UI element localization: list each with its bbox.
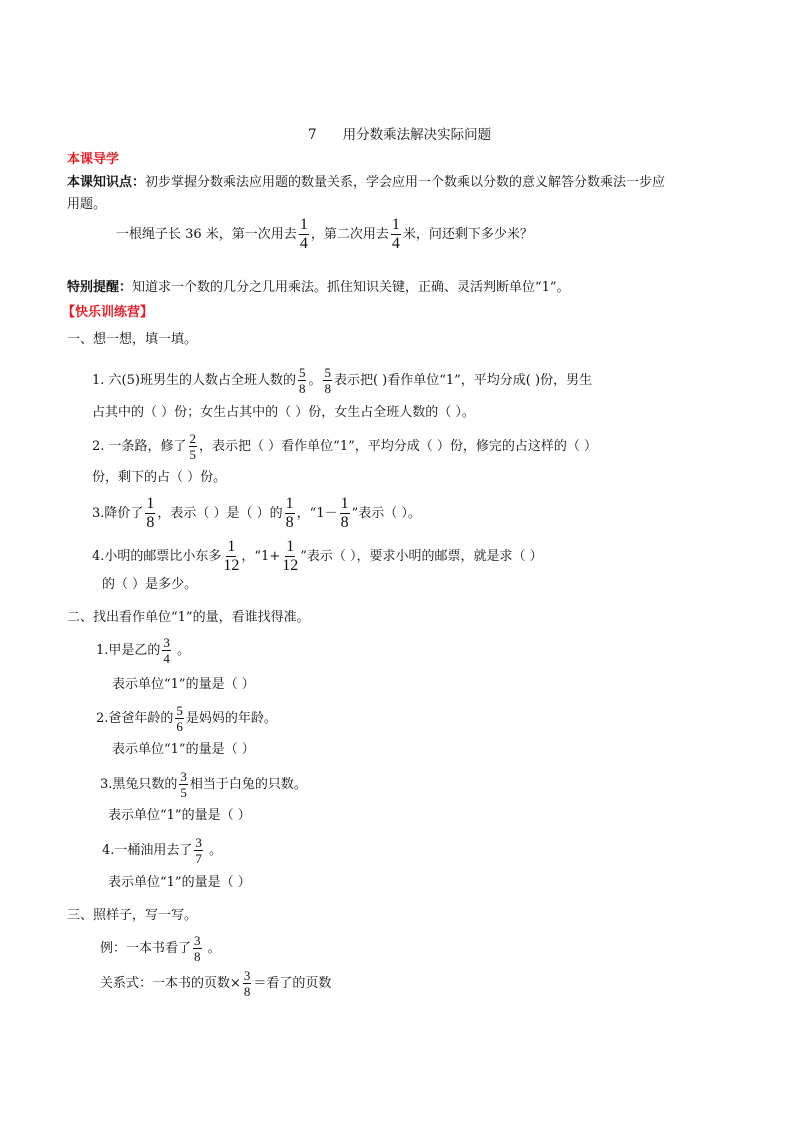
fraction: 58: [323, 366, 332, 395]
reminder-label: 特别提醒：: [67, 280, 132, 295]
reminder-text: 知道求一个数的几分之几用乘法。抓住知识关键，正确、灵活判断单位“1”。: [132, 280, 570, 295]
section3-heading: 三、照样子，写一写。: [67, 909, 197, 922]
fraction: 14: [299, 217, 309, 252]
item-3: 3.黑兔只数的35相当于白兔的只数。: [100, 770, 307, 799]
example-problem: 一根绳子长 36 米，第一次用去14，第二次用去14米，问还剩下多少米？: [116, 217, 533, 252]
lesson-title: 用分数乘法解决实际问题: [343, 127, 492, 143]
item-4: 4.一桶油用去了37 。: [102, 836, 222, 865]
fraction: 18: [145, 496, 155, 531]
section1-heading: 一、想一想，填一填。: [67, 333, 197, 346]
guide-heading: 本课导学: [67, 153, 119, 166]
fraction: 14: [391, 217, 401, 252]
knowledge-label: 本课知识点：: [67, 175, 145, 190]
fraction: 38: [193, 934, 202, 963]
question-3: 3.降价了18，表示（ ）是（ ）的18，“1－18”表示（ ）。: [92, 496, 421, 531]
fraction: 112: [223, 539, 239, 574]
fraction: 18: [285, 496, 295, 531]
fraction: 38: [243, 969, 252, 998]
relation-line: 关系式：一本书的页数×38＝看了的页数: [100, 969, 331, 998]
knowledge-text: 初步掌握分数乘法应用题的数量关系，学会应用一个数乘以分数的意义解答分数乘法一步应: [145, 175, 665, 190]
question-2: 2. 一条路，修了25，表示把（ ）看作单位“1”，平均分成（ ）份，修完的占这…: [92, 432, 597, 461]
item-1: 1.甲是乙的34 。: [96, 636, 190, 665]
fraction: 56: [175, 704, 184, 733]
fraction: 58: [298, 366, 307, 395]
knowledge-text-cont: 用题。: [67, 198, 106, 211]
fraction: 25: [189, 432, 198, 461]
page-title: 7用分数乘法解决实际问题: [308, 129, 491, 143]
fraction: 37: [194, 836, 203, 865]
camp-heading: 【快乐训练营】: [62, 306, 153, 319]
question-1: 1. 六(5)班男生的人数占全班人数的58。58表示把( )看作单位“1”，平均…: [92, 366, 592, 395]
item-3-answer: 表示单位“1”的量是（ ）: [108, 809, 251, 822]
item-2: 2.爸爸年龄的56是妈妈的年龄。: [96, 704, 277, 733]
knowledge-point: 本课知识点：初步掌握分数乘法应用题的数量关系，学会应用一个数乘以分数的意义解答分…: [67, 176, 665, 189]
fraction: 34: [162, 636, 171, 665]
fraction: 18: [340, 496, 350, 531]
example-line: 例：一本书看了38 。: [100, 934, 221, 963]
fraction: 112: [282, 539, 298, 574]
section2-heading: 二、找出看作单位“1”的量，看谁找得准。: [67, 611, 310, 624]
item-1-answer: 表示单位“1”的量是（ ）: [112, 678, 255, 691]
question-4-line2: 的（ ）是多少。: [102, 578, 197, 591]
question-4: 4.小明的邮票比小东多112，“1+112”表示（ ），要求小明的邮票，就是求（…: [92, 539, 543, 574]
item-2-answer: 表示单位“1”的量是（ ）: [112, 743, 255, 756]
fraction: 35: [179, 770, 188, 799]
item-4-answer: 表示单位“1”的量是（ ）: [108, 876, 251, 889]
question-2-line2: 份，剩下的占（ ）份。: [92, 471, 226, 484]
question-1-line2: 占其中的（ ）份；女生占其中的（ ）份，女生占全班人数的（ ）。: [92, 406, 475, 419]
lesson-number: 7: [308, 127, 317, 143]
special-reminder: 特别提醒：知道求一个数的几分之几用乘法。抓住知识关键，正确、灵活判断单位“1”。: [67, 281, 570, 294]
